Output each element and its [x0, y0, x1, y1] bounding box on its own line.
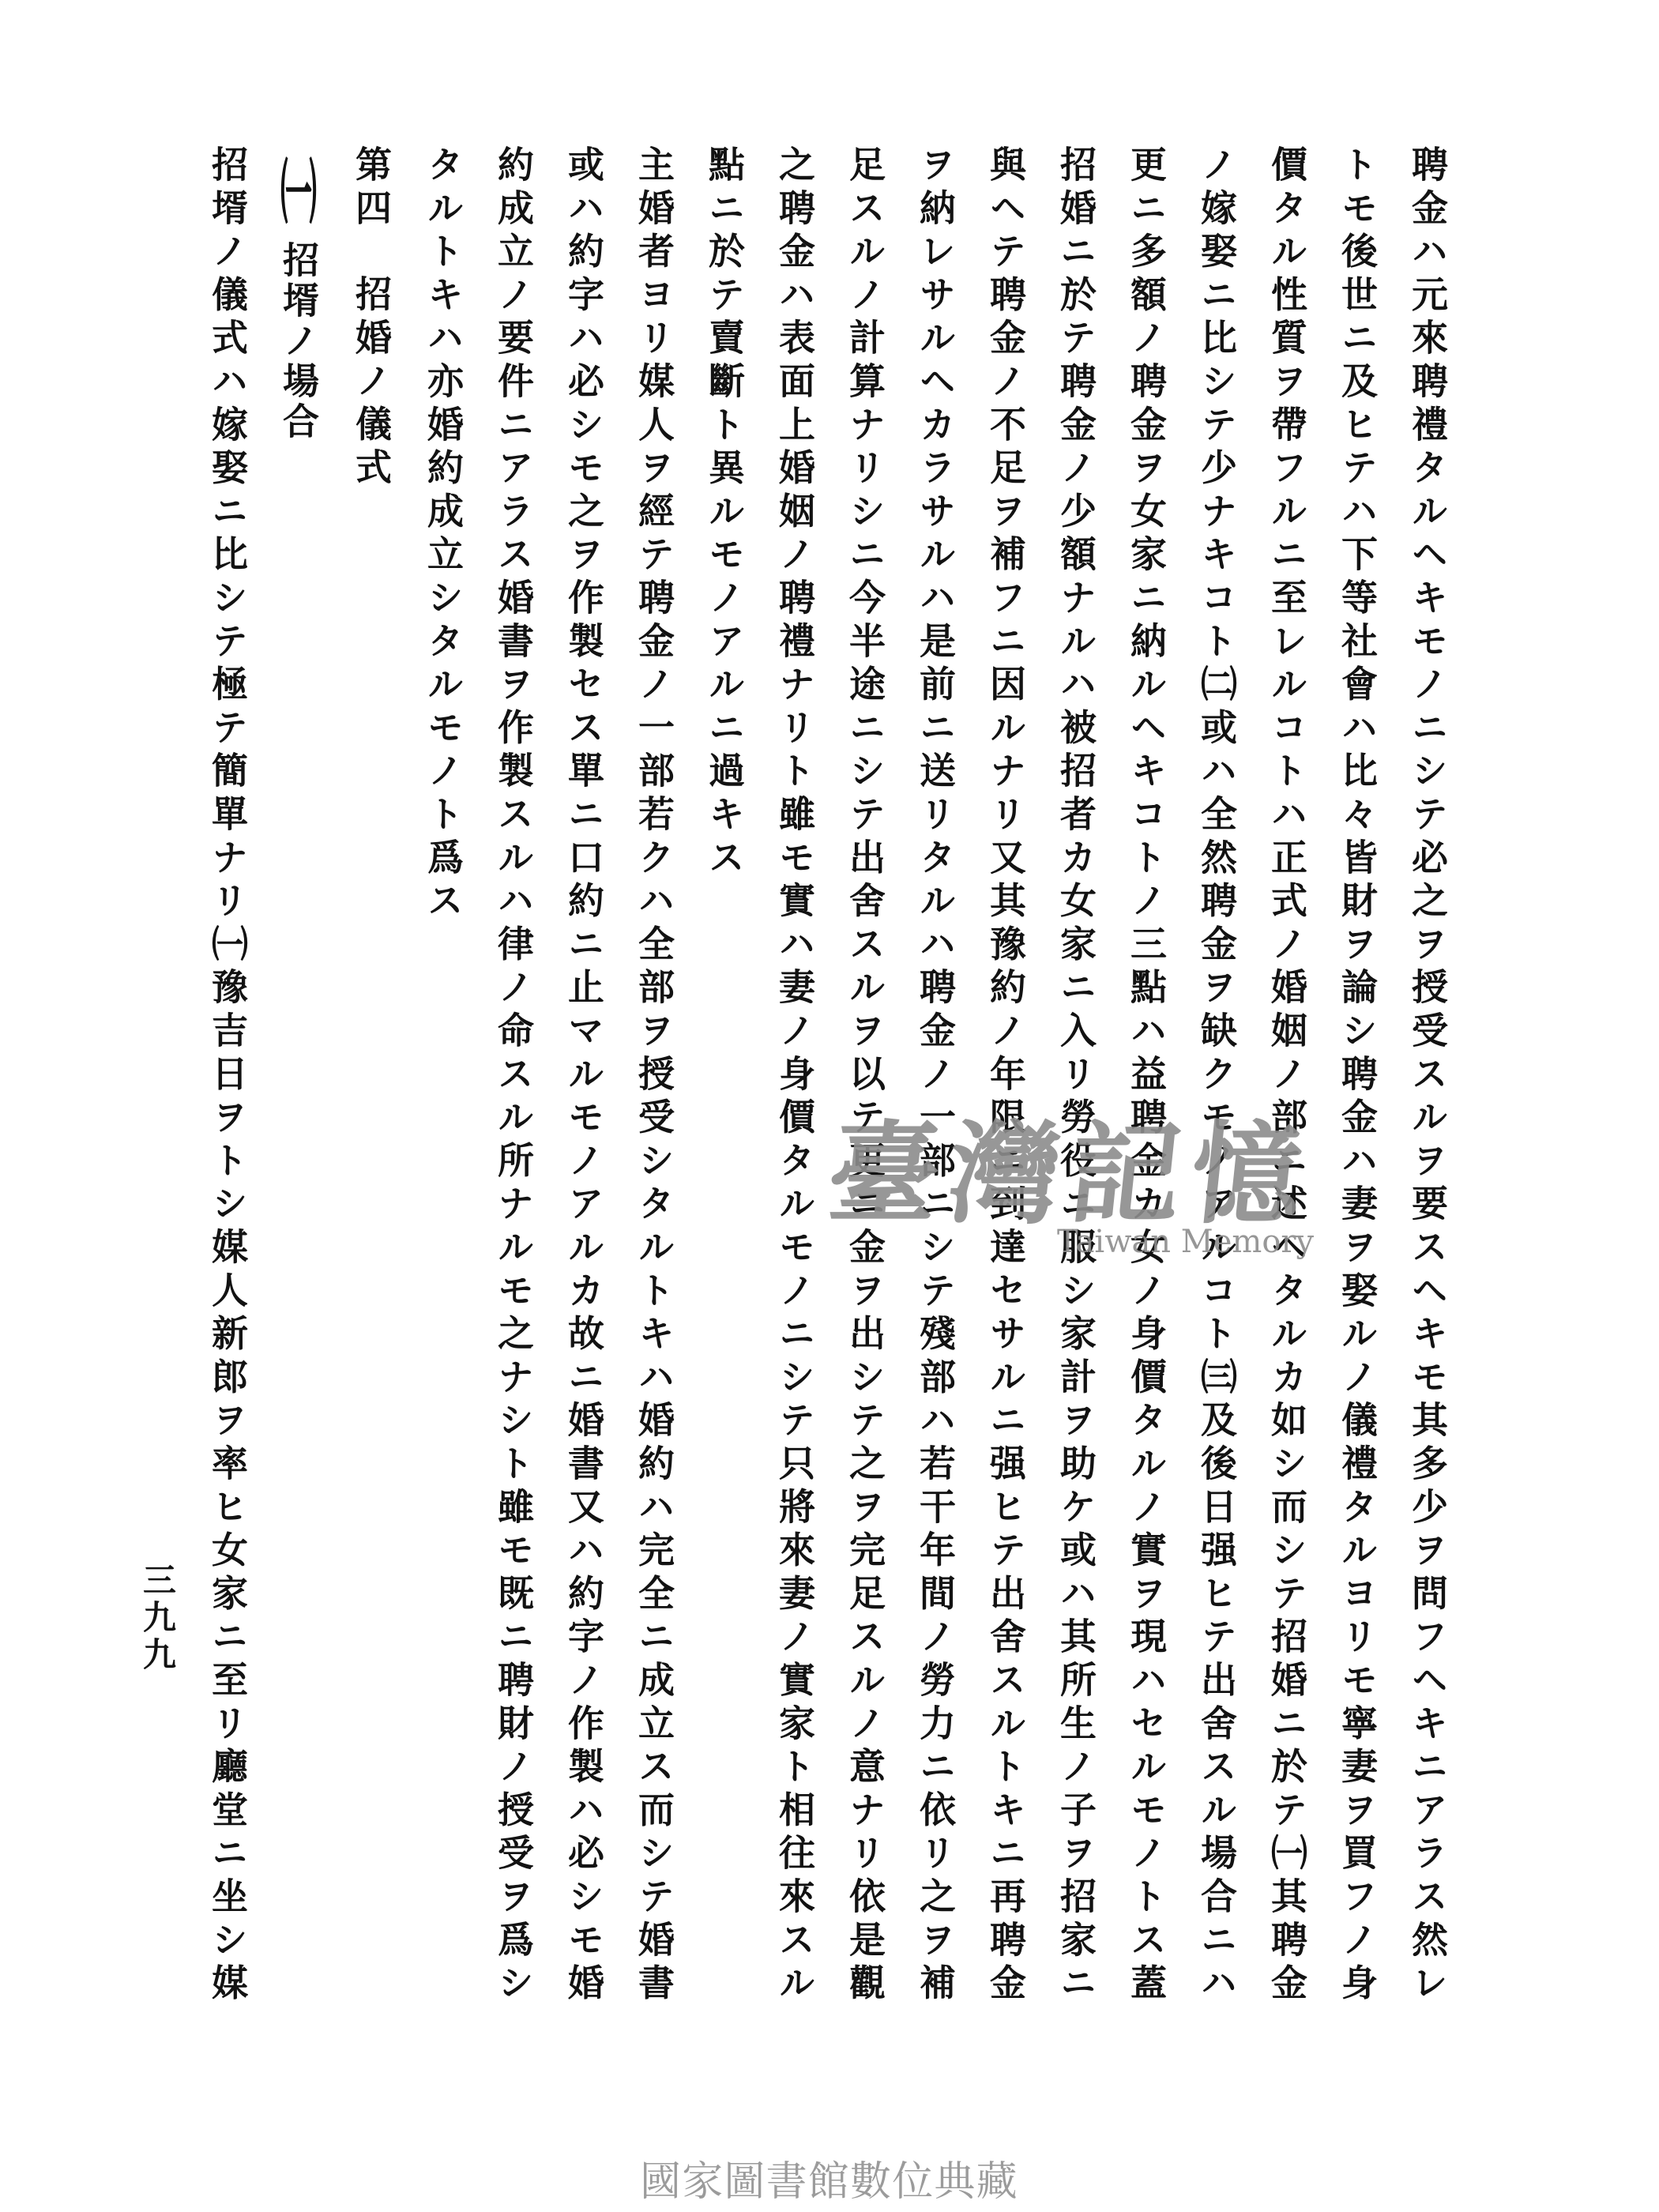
text-column: トモ後世ニ及ヒテハ下等社會ハ比々皆財ヲ論シ聘金ハ妻ヲ娶ルノ儀禮タルヨリモ寧妻ヲ買…	[1339, 145, 1375, 2007]
text-column: 更ニ多額ノ聘金ヲ女家ニ納ルヘキコトノ三點ハ益聘金カ女ノ身價タルノ實ヲ現ハセルモノ…	[1128, 145, 1164, 2007]
text-column: 招壻ノ儀式ハ嫁娶ニ比シテ極テ簡單ナリ㈠豫吉日ヲトシ媒人新郎ヲ率ヒ女家ニ至リ廳堂ニ…	[209, 145, 246, 2007]
text-column: 或ハ約字ハ必シモ之ヲ作製セス單ニ口約ニ止マルモノアルカ故ニ婚書又ハ約字ノ作製ハ必…	[566, 145, 602, 2007]
text-column: 約成立ノ要件ニアラス婚書ヲ作製スルハ律ノ命スル所ナルモ之ナシト雖モ既ニ聘財ノ授受…	[495, 145, 532, 2007]
section-number: 第四	[353, 145, 389, 232]
text-column: 與ヘテ聘金ノ不足ヲ補フニ因ルナリ又其豫約ノ年限ニ到達セサルニ强ヒテ出舍スルトキニ…	[987, 145, 1024, 2007]
text-column: 主婚者ヨリ媒人ヲ經テ聘金ノ一部若クハ全部ヲ授受シタルトキハ婚約ハ完全ニ成立ス而シ…	[636, 145, 672, 2007]
text-column: 點ニ於テ賣斷ト異ルモノアルニ過キス	[706, 145, 743, 882]
document-page: 聘金ハ元來聘禮タルヘキモノニシテ必之ヲ授受スルヲ要スヘキモ其多少ヲ問フヘキニアラ…	[0, 0, 1659, 2212]
text-column: 招婚ニ於テ聘金ノ少額ナルハ被招者カ女家ニ入リ勞役ニ服シ家計ヲ助ケ或ハ其所生ノ子ヲ…	[1058, 145, 1094, 2007]
text-column: 聘金ハ元來聘禮タルヘキモノニシテ必之ヲ授受スルヲ要スヘキモ其多少ヲ問フヘキニアラ…	[1409, 145, 1446, 2007]
subsection-marker: ㈠	[280, 158, 317, 227]
text-column: 足スルノ計算ナリシニ今半途ニシテ出舍スルヲ以テ更ニ金ヲ出シテ之ヲ完足スルノ意ナリ…	[847, 145, 883, 2007]
subsection-title: 招壻ノ場合	[280, 241, 317, 442]
text-column: タルトキハ亦婚約成立シタルモノト爲ス	[425, 145, 461, 924]
page-number: 三九九	[141, 1563, 174, 1674]
text-column: 之聘金ハ表面上婚姻ノ聘禮ナリト雖モ實ハ妻ノ身價タルモノニシテ只將來妻ノ實家ト相往…	[777, 145, 813, 2007]
text-column: 價タル性質ヲ帶フルニ至レルコトハ正式ノ婚姻ノ部ニ述ヘタルカ如シ而シテ招婚ニ於テ㈠…	[1269, 145, 1305, 2007]
text-column: ノ嫁娶ニ比シテ少ナキコト㈡或ハ全然聘金ヲ缺クモノアルコト㈢及後日强ヒテ出舍スル場…	[1198, 145, 1235, 2007]
section-title: 招婚ノ儀式	[353, 275, 389, 491]
text-column: ヲ納レサルヘカラサルハ是前ニ送リタルハ聘金ノ一部ニシテ殘部ハ若干年間ノ勞力ニ依リ…	[917, 145, 954, 2007]
footer-credit: 國家圖書館數位典藏	[640, 2160, 1018, 2204]
